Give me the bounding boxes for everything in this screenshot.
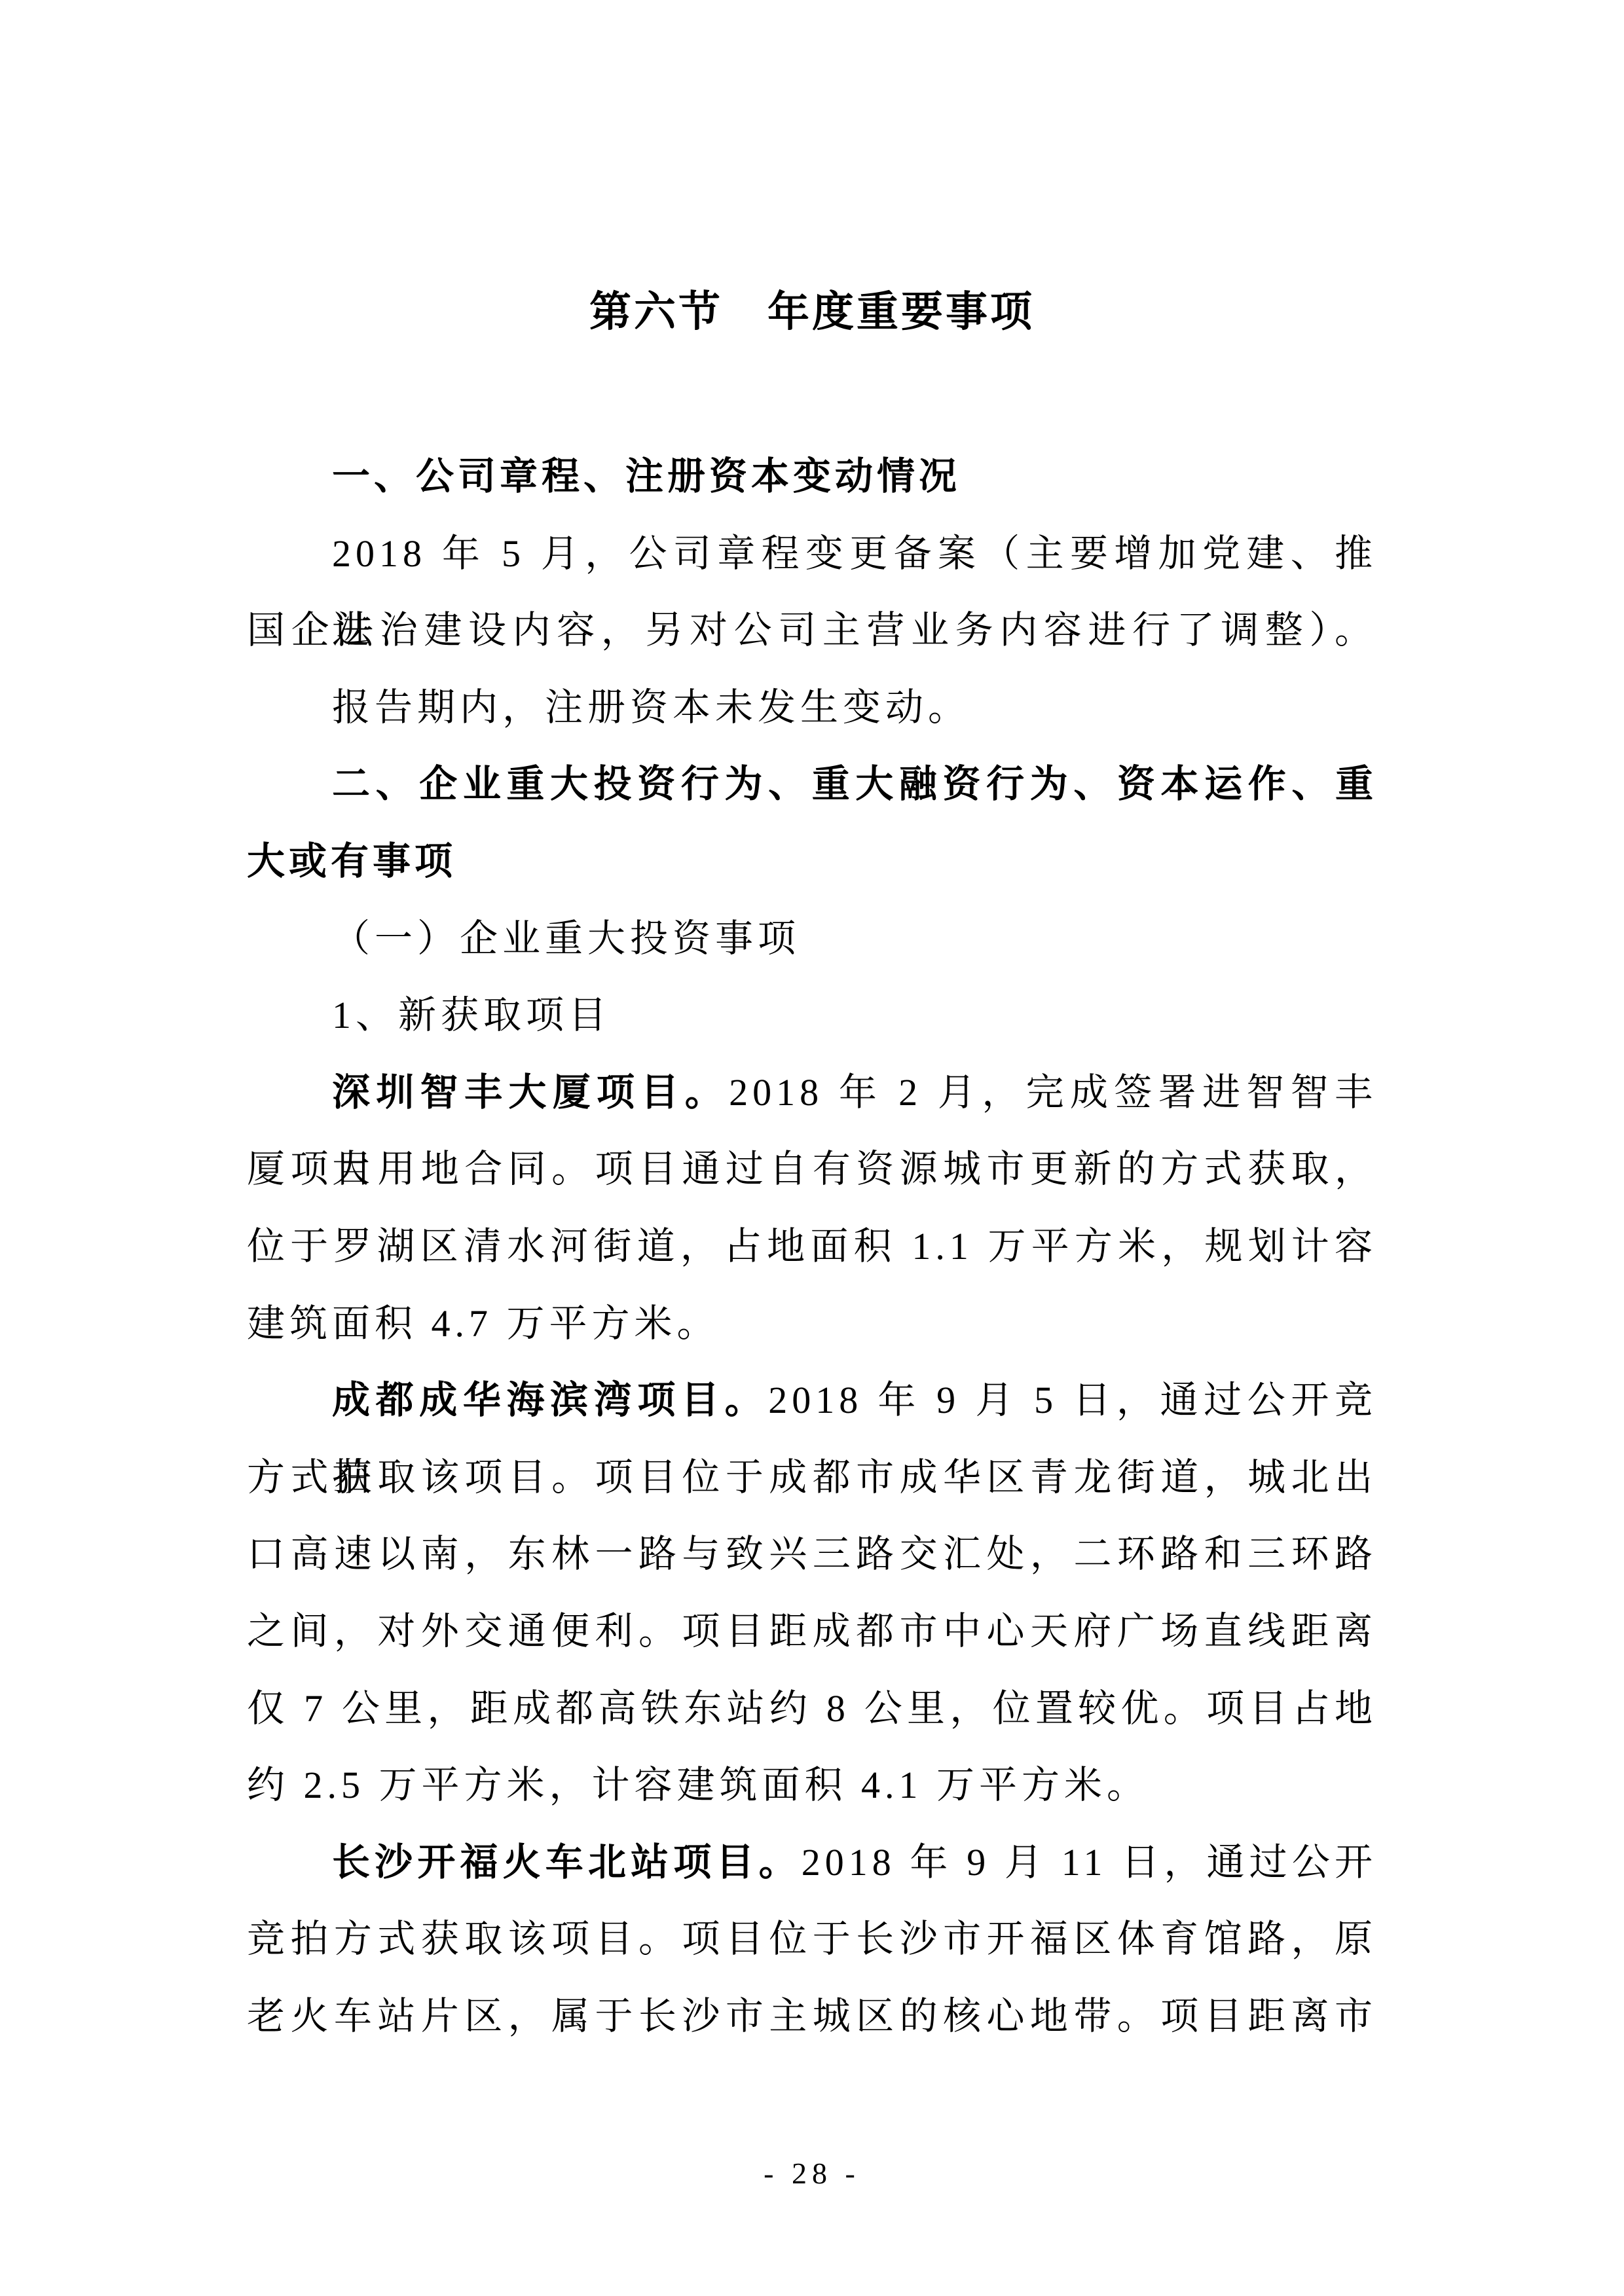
section-heading-2-line-1: 二、企业重大投资行为、重大融资行为、资本运作、重 xyxy=(247,746,1377,823)
paragraph-line: 约 2.5 万平方米，计容建筑面积 4.1 万平方米。 xyxy=(247,1747,1377,1824)
project-name-shenzhen: 深圳智丰大厦项目。 xyxy=(332,1071,729,1114)
page-title: 第六节 年度重要事项 xyxy=(0,285,1624,338)
paragraph-line: 深圳智丰大厦项目。2018 年 2 月，完成签署进智智丰大 xyxy=(247,1054,1377,1131)
paragraph-line: 建筑面积 4.7 万平方米。 xyxy=(247,1285,1377,1362)
document-page: 第六节 年度重要事项 一、公司章程、注册资本变动情况 2018 年 5 月，公司… xyxy=(0,0,1624,2296)
list-item-heading: 1、新获取项目 xyxy=(247,977,1377,1054)
paragraph-line: 方式获取该项目。项目位于成都市成华区青龙街道，城北出 xyxy=(247,1439,1377,1516)
paragraph-line: 口高速以南，东林一路与致兴三路交汇处，二环路和三环路 xyxy=(247,1516,1377,1593)
paragraph-line: 老火车站片区，属于长沙市主城区的核心地带。项目距离市 xyxy=(247,1978,1377,2055)
paragraph-line: 位于罗湖区清水河街道，占地面积 1.1 万平方米，规划计容 xyxy=(247,1208,1377,1285)
section-heading-2-line-2: 大或有事项 xyxy=(247,823,1377,900)
page-number: - 28 - xyxy=(0,2154,1624,2193)
paragraph-text: 2018 年 9 月 11 日，通过公开 xyxy=(802,1841,1377,1884)
project-name-changsha: 长沙开福火车北站项目。 xyxy=(332,1841,802,1884)
paragraph-line: 厦项目用地合同。项目通过自有资源城市更新的方式获取， xyxy=(247,1131,1377,1208)
paragraph-line: 竞拍方式获取该项目。项目位于长沙市开福区体育馆路，原 xyxy=(247,1901,1377,1978)
document-body: 一、公司章程、注册资本变动情况 2018 年 5 月，公司章程变更备案（主要增加… xyxy=(247,438,1377,2054)
paragraph-line: 成都成华海滨湾项目。2018 年 9 月 5 日，通过公开竞拍 xyxy=(247,1362,1377,1439)
paragraph-line: 长沙开福火车北站项目。2018 年 9 月 11 日，通过公开 xyxy=(247,1824,1377,1901)
project-name-chengdu: 成都成华海滨湾项目。 xyxy=(332,1379,768,1421)
paragraph-line: 之间，对外交通便利。项目距成都市中心天府广场直线距离 xyxy=(247,1593,1377,1670)
paragraph-line: 报告期内，注册资本未发生变动。 xyxy=(247,669,1377,746)
paragraph-line: 仅 7 公里，距成都高铁东站约 8 公里，位置较优。项目占地 xyxy=(247,1670,1377,1747)
paragraph-line: 2018 年 5 月，公司章程变更备案（主要增加党建、推进 xyxy=(247,515,1377,592)
subsection-heading: （一）企业重大投资事项 xyxy=(247,900,1377,977)
paragraph-line: 国企法治建设内容，另对公司主营业务内容进行了调整）。 xyxy=(247,592,1377,669)
section-heading-1: 一、公司章程、注册资本变动情况 xyxy=(247,438,1377,515)
